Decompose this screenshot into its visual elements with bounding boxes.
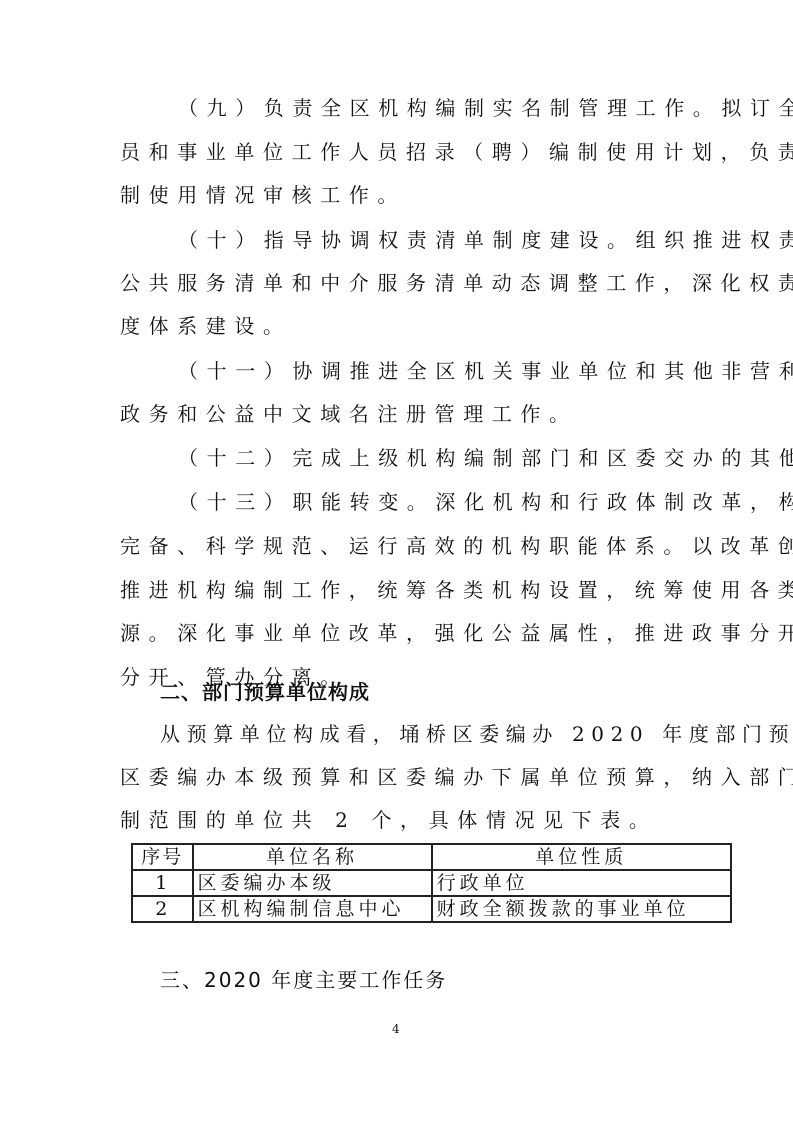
section-2-line-1: 从预算单位构成看，埇桥区委编办 2020 年度部门预算包括 <box>160 720 740 748</box>
row-unit-type: 行政单位 <box>432 870 731 896</box>
section-2-heading: 二、部门预算单位构成 <box>160 678 370 706</box>
item-10-line-2: 公共服务清单和中介服务清单动态调整工作，深化权责清单制 <box>120 269 700 297</box>
header-unit-type: 单位性质 <box>432 844 731 870</box>
item-9-line-3: 制使用情况审核工作。 <box>120 181 700 209</box>
section-2-line-2: 区委编办本级预算和区委编办下属单位预算，纳入部门预算编 <box>120 763 700 791</box>
item-13-line-4: 源。深化事业单位改革，强化公益属性，推进政事分开、事企 <box>120 619 700 647</box>
table-header-row: 序号 单位名称 单位性质 <box>132 844 731 870</box>
item-13-line-1: （十三）职能转变。深化机构和行政体制改革，构建系统 <box>178 488 758 516</box>
section-3-heading: 三、2020 年度主要工作任务 <box>160 966 447 994</box>
table-row: 2 区机构编制信息中心 财政全额拨款的事业单位 <box>132 896 731 922</box>
header-unit-name: 单位名称 <box>193 844 432 870</box>
item-10-line-3: 度体系建设。 <box>120 312 700 340</box>
page-number: 4 <box>392 1022 400 1036</box>
item-11-line-1: （十一）协调推进全区机关事业单位和其他非营利性单位 <box>178 357 758 385</box>
row-unit-type: 财政全额拨款的事业单位 <box>432 896 731 922</box>
item-11-line-2: 政务和公益中文域名注册管理工作。 <box>120 400 700 428</box>
item-12-line-1: （十二）完成上级机构编制部门和区委交办的其他任务。 <box>178 444 758 472</box>
row-unit-name: 区委编办本级 <box>193 870 432 896</box>
row-unit-name: 区机构编制信息中心 <box>193 896 432 922</box>
row-index: 1 <box>132 870 193 896</box>
table-row: 1 区委编办本级 行政单位 <box>132 870 731 896</box>
row-index: 2 <box>132 896 193 922</box>
item-9-line-2: 员和事业单位工作人员招录（聘）编制使用计划，负责全区编 <box>120 138 700 166</box>
item-9-line-1: （九）负责全区机构编制实名制管理工作。拟订全区公务 <box>178 94 758 122</box>
item-13-line-3: 推进机构编制工作，统筹各类机构设置，统筹使用各类编制资 <box>120 576 700 604</box>
budget-units-table: 序号 单位名称 单位性质 1 区委编办本级 行政单位 2 区机构编制信息中心 财… <box>131 843 732 923</box>
section-2-line-3: 制范围的单位共 2 个，具体情况见下表。 <box>120 806 700 834</box>
item-10-line-1: （十）指导协调权责清单制度建设。组织推进权责清单、 <box>178 226 758 254</box>
item-13-line-2: 完备、科学规范、运行高效的机构职能体系。以改革创新精神 <box>120 532 700 560</box>
document-page: （九）负责全区机构编制实名制管理工作。拟订全区公务 员和事业单位工作人员招录（聘… <box>0 0 793 1122</box>
header-index: 序号 <box>132 844 193 870</box>
